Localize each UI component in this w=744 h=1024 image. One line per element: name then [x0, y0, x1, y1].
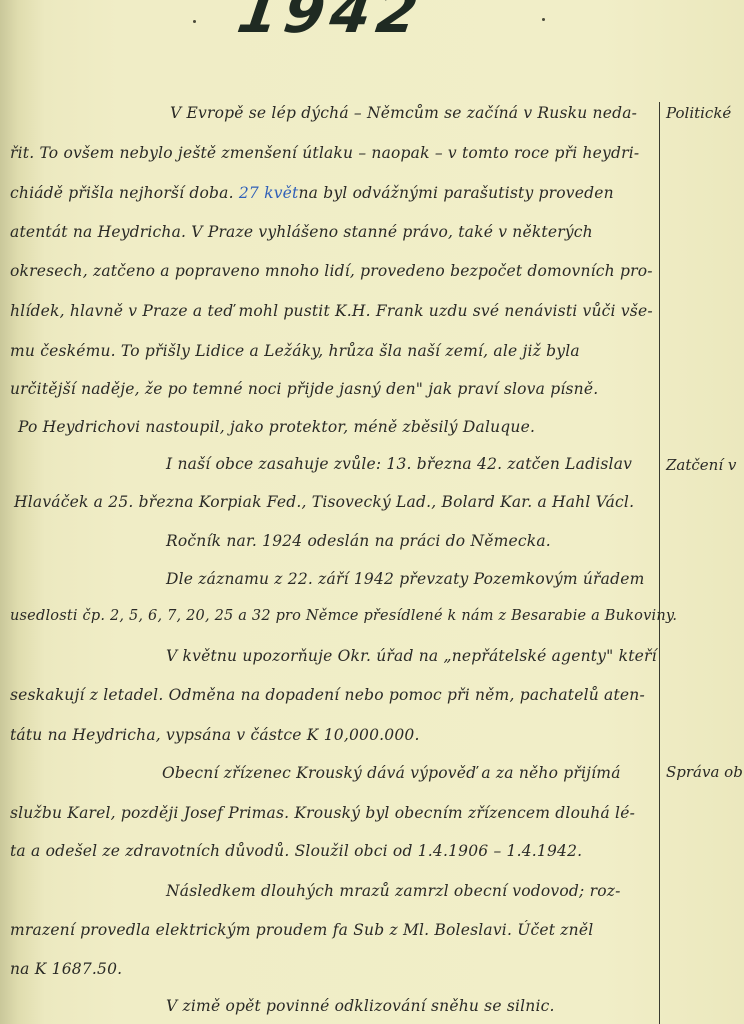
text-line: Hlaváček a 25. března Korpiak Fed., Tiso… [14, 493, 634, 511]
text-line: seskakují z letadel. Odměna na dopadení … [10, 686, 645, 704]
ink-dot [542, 18, 545, 21]
margin-note-arrests: Zatčení v [666, 456, 736, 474]
text-line: službu Karel, později Josef Primas. Krou… [10, 804, 635, 822]
text-line: atentát na Heydricha. V Praze vyhlášeno … [10, 223, 593, 241]
ink-dot [193, 20, 196, 23]
margin-note-politics: Politické [666, 104, 731, 122]
text-line: I naší obce zasahuje zvůle: 13. března 4… [166, 455, 632, 473]
text-line: tátu na Heydricha, vypsána v částce K 10… [10, 726, 420, 744]
year-heading: 1942 [233, 0, 428, 46]
text-line: mu českému. To přišly Lidice a Ležáky, h… [10, 342, 580, 360]
document-page: 1942 V Evropě se lép dýchá – Němcům se z… [0, 0, 744, 1024]
text-line: Po Heydrichovi nastoupil, jako protektor… [18, 418, 535, 436]
text-line: mrazení provedla elektrickým proudem fa … [10, 921, 593, 939]
text-line: V květnu upozorňuje Okr. úřad na „nepřát… [166, 647, 657, 665]
text-line: Dle záznamu z 22. září 1942 převzaty Poz… [166, 570, 644, 588]
text-line: chiádě přišla nejhorší doba. 27 května b… [10, 184, 614, 202]
text-line: usedlosti čp. 2, 5, 6, 7, 20, 25 a 32 pr… [10, 608, 677, 624]
text-fragment: chiádě přišla nejhorší doba. [10, 184, 239, 202]
text-line: na K 1687.50. [10, 960, 122, 978]
text-line: Obecní zřízenec Krouský dává výpověď a z… [162, 764, 621, 782]
margin-note-administration: Správa ob [666, 763, 743, 781]
text-line: Ročník nar. 1924 odeslán na práci do Něm… [166, 532, 551, 550]
text-line: V Evropě se lép dýchá – Němcům se začíná… [170, 104, 637, 122]
text-line: řit. To ovšem nebylo ještě zmenšení útla… [10, 144, 639, 162]
text-line: okresech, zatčeno a popraveno mnoho lidí… [10, 262, 653, 280]
text-line: Následkem dlouhých mrazů zamrzl obecní v… [166, 882, 621, 900]
margin-rule [659, 102, 660, 1024]
text-line: ta a odešel ze zdravotních důvodů. Slouž… [10, 842, 582, 860]
text-line: určitější naděje, že po temné noci přijd… [10, 380, 598, 398]
blue-ink-date: 27 květ [239, 184, 299, 202]
text-line: hlídek, hlavně v Praze a teď mohl pustit… [10, 302, 653, 320]
text-line: V zimě opět povinné odklizování sněhu se… [166, 997, 555, 1015]
text-fragment: na byl odvážnými parašutisty proveden [298, 184, 613, 202]
